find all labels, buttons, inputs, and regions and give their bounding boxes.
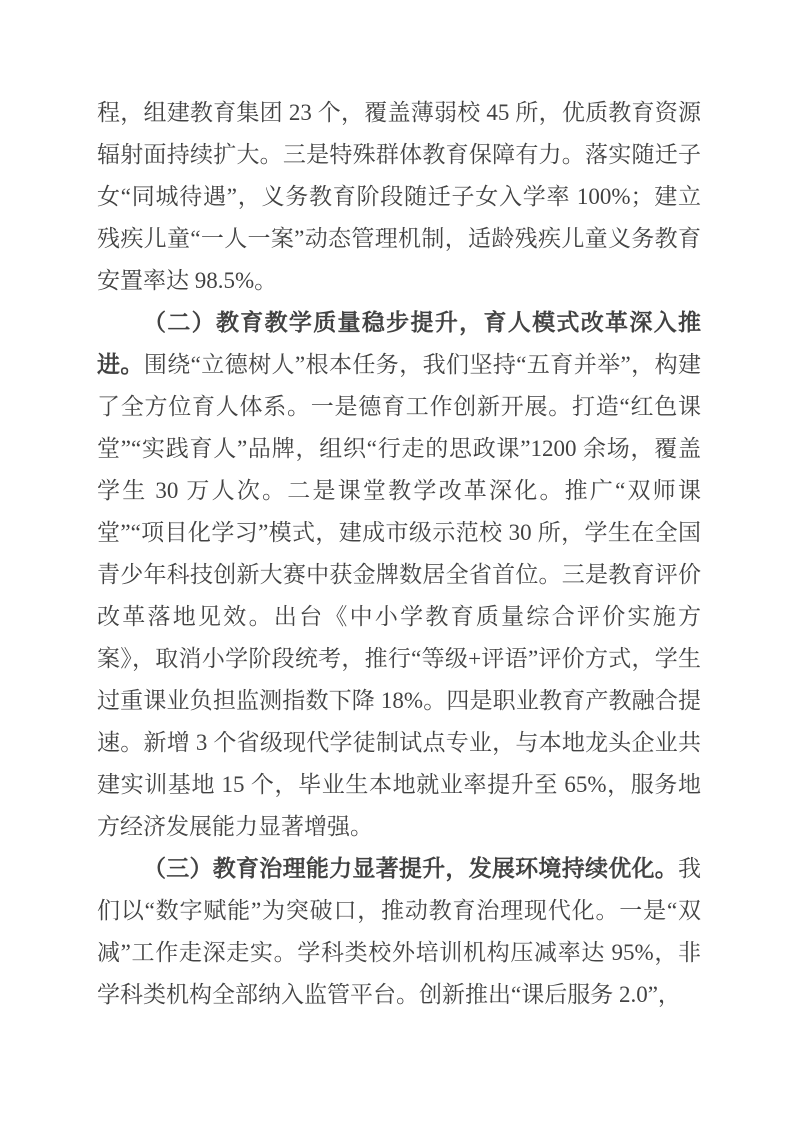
paragraph-continuation-text: 程，组建教育集团 23 个，覆盖薄弱校 45 所，优质教育资源辐射面持续扩大。三… (97, 100, 701, 293)
paragraph-section-2: （二）教育教学质量稳步提升，育人模式改革深入推进。围绕“立德树人”根本任务，我们… (97, 302, 701, 848)
section-2-body: 围绕“立德树人”根本任务，我们坚持“五育并举”，构建了全方位育人体系。一是德育工… (97, 352, 701, 839)
section-3-heading: （三）教育治理能力显著提升，发展环境持续优化。 (143, 856, 678, 881)
paragraph-section-3: （三）教育治理能力显著提升，发展环境持续优化。我们以“数字赋能”为突破口，推动教… (97, 848, 701, 1016)
paragraph-continuation: 程，组建教育集团 23 个，覆盖薄弱校 45 所，优质教育资源辐射面持续扩大。三… (97, 92, 701, 302)
document-page: 程，组建教育集团 23 个，覆盖薄弱校 45 所，优质教育资源辐射面持续扩大。三… (0, 0, 793, 1122)
